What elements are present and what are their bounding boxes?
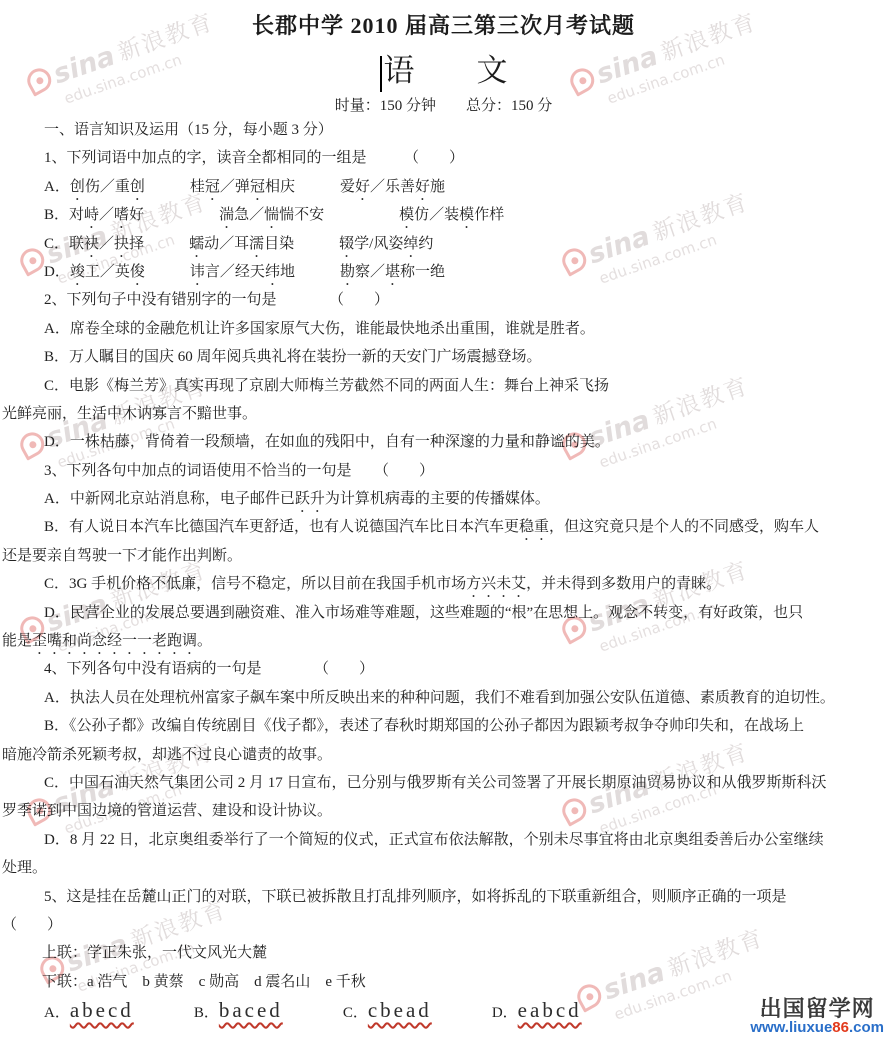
document-body: 一、语言知识及运用（15 分，每小题 3 分）1、下列词语中加点的字，读音全都相…	[0, 116, 887, 1025]
question-2-option-a: A．席卷全球的金融危机让许多国家原气大伤，谁能最快地杀出重围，谁就是胜者。	[0, 315, 887, 343]
answer-text: baced	[219, 998, 283, 1022]
dotted-text: 堪	[385, 264, 400, 280]
exam-paper-page: sina新浪教育edu.sina.com.cnsina新浪教育edu.sina.…	[0, 0, 887, 1037]
question-1-option-d: D．竣工／英俊 讳言／经天纬地 勘察／堪称一绝	[0, 258, 887, 286]
dotted-text: 嗜	[114, 207, 129, 223]
dotted-text: 好	[355, 179, 370, 195]
text-segment: 急／	[234, 207, 264, 223]
question-3: 3、下列各句中加点的词语使用不恰当的一句是 （ ）	[0, 457, 887, 485]
text-segment: C．中国石油天然气集团公司 2 月 17 日宣布，已分别与俄罗斯有关公司签署了开…	[44, 775, 827, 791]
text-segment: 光鲜亮丽，生活中木讷寡言不黯世事。	[2, 406, 257, 422]
question-5: 5、这是挂在岳麓山正门的对联，下联已被拆散且打乱排列顺序，如将拆乱的下联重新组合…	[0, 883, 887, 911]
dotted-text: 稳重	[519, 519, 549, 535]
text-segment: 好	[129, 207, 219, 223]
subject-line: 语 文	[0, 51, 887, 91]
text-segment: B．	[194, 1005, 219, 1021]
text-segment: D．	[44, 264, 70, 280]
text-segment: 工／英	[85, 264, 130, 280]
text-segment: B．万人瞩目的国庆 60 周年阅兵典礼将在装扮一新的天安门广场震撼登场。	[44, 349, 542, 365]
question-3-option-d: D．民营企业的发展总要遇到融资难、准入市场难等难题，这些难题的“根”在思想上。观…	[0, 599, 887, 627]
text-segment: 察／	[355, 264, 385, 280]
text-segment: 作样	[474, 207, 504, 223]
question-2: 2、下列句子中没有错别字的一句是 （ ）	[0, 286, 887, 314]
text-segment: 学/风姿	[354, 236, 403, 252]
text-segment: 2、下列句子中没有错别字的一句是	[44, 292, 277, 308]
text-segment: B．对	[44, 207, 84, 223]
text-segment: A．中新网北京站消息称，电子邮件已	[44, 491, 295, 507]
text-segment	[432, 1005, 492, 1021]
answer-text: abecd	[70, 998, 134, 1022]
section-1-heading: 一、语言知识及运用（15 分，每小题 3 分）	[0, 116, 887, 144]
question-1-option-a: A．创伤／重创 桂冠／弹冠相庆 爱好／乐善好施	[0, 173, 887, 201]
text-segment: 下联：a 浩气 b 黄蔡 c 勋高 d 震名山 e 千秋	[42, 974, 366, 990]
text-segment: 地	[280, 264, 340, 280]
text-segment: ，但这究竟只是个人的不同感受，购车人	[549, 519, 819, 535]
text-segment: 4、下列各句中没有语病的一句是	[44, 661, 262, 677]
question-1-option-c: C．联袂／抉择 蠕动／耳濡目染 辍学/风姿绰约	[0, 230, 887, 258]
dotted-text: 方兴未艾	[466, 576, 526, 592]
dotted-text: 勘	[340, 264, 355, 280]
text-segment: （ ）	[262, 661, 375, 677]
question-2-option-b: B．万人瞩目的国庆 60 周年阅兵典礼将在装扮一新的天安门广场震撼登场。	[0, 343, 887, 371]
question-5-lower-couplet: 下联：a 浩气 b 黄蔡 c 勋高 d 震名山 e 千秋	[0, 968, 887, 996]
dotted-text: 峙	[84, 207, 99, 223]
text-segment: 相庆 爱	[265, 179, 355, 195]
text-segment: 择	[129, 236, 189, 252]
dotted-text: 蠕	[189, 236, 204, 252]
text-segment: 暗施冷箭杀死颖考叔，却逃不过良心谴责的故事。	[2, 747, 332, 763]
text-segment: 能是	[2, 633, 32, 649]
text-segment: （ ）	[277, 292, 390, 308]
text-segment: A．席卷全球的金融危机让许多国家原气大伤，谁能最快地杀出重围，谁就是胜者。	[44, 321, 595, 337]
dotted-text: 歪嘴和尚念经一一老跑调	[32, 633, 197, 649]
dotted-text: 创	[130, 179, 145, 195]
text-segment	[145, 264, 190, 280]
liuxue86-site-url: www.liuxue86.com	[750, 1020, 884, 1036]
text-segment: 动／耳	[204, 236, 249, 252]
exam-title: 长郡中学 2010 届高三第三次月考试题	[0, 0, 887, 40]
text-segment: 一、语言知识及运用（15 分，每小题 3 分）	[44, 122, 333, 138]
dotted-text: 濡	[249, 236, 264, 252]
question-4-option-c-cont: 罗季诺到中国边境的管道运营、建设和设计协议。	[0, 797, 887, 825]
dotted-text: 模	[399, 207, 414, 223]
text-segment: A．执法人员在处理杭州富家子飙车案中所反映出来的种种问题，我们不难看到加强公安队…	[44, 690, 835, 706]
text-segment: ／	[99, 236, 114, 252]
text-segment: D．8 月 22 日，北京奥组委举行了一个简短的仪式，正式宣布依法解散，个别未尽…	[44, 832, 824, 848]
text-segment	[283, 1005, 343, 1021]
question-3-option-c: C．3G 手机价格不低廉，信号不稳定，所以目前在我国手机市场方兴未艾，并未得到多…	[0, 570, 887, 598]
question-4-option-b: B．《公孙子都》改编自传统剧目《伐子都》，表述了春秋时期郑国的公孙子都因为跟颖考…	[0, 712, 887, 740]
document-header: 长郡中学 2010 届高三第三次月考试题 语 文 时量：150 分钟 总分：15…	[0, 0, 887, 115]
question-2-option-c-cont: 光鲜亮丽，生活中木讷寡言不黯世事。	[0, 400, 887, 428]
text-segment: （ ）	[2, 917, 62, 933]
dotted-text: 冠	[250, 179, 265, 195]
text-segment: 罗季诺到中国边境的管道运营、建设和设计协议。	[2, 803, 332, 819]
text-segment: 。	[197, 633, 212, 649]
text-segment: 惴不安	[279, 207, 399, 223]
dotted-text: 纬	[265, 264, 280, 280]
text-segment: 称一绝	[400, 264, 445, 280]
question-4-option-d: D．8 月 22 日，北京奥组委举行了一个简短的仪式，正式宣布依法解散，个别未尽…	[0, 826, 887, 854]
text-segment: C．3G 手机价格不低廉，信号不稳定，所以目前在我国手机市场	[44, 576, 466, 592]
dotted-text: 创	[70, 179, 85, 195]
question-4-option-b-cont: 暗施冷箭杀死颖考叔，却逃不过良心谴责的故事。	[0, 741, 887, 769]
question-1-option-b: B．对峙／嗜好 湍急／惴惴不安 模仿／装模作样	[0, 201, 887, 229]
text-segment: D．	[492, 1005, 518, 1021]
question-4-option-a: A．执法人员在处理杭州富家子飙车案中所反映出来的种种问题，我们不难看到加强公安队…	[0, 684, 887, 712]
dotted-text: 辍	[339, 236, 354, 252]
text-segment: （ ）	[352, 463, 435, 479]
dotted-text: 模	[459, 207, 474, 223]
text-segment: 桂	[145, 179, 205, 195]
text-segment: 还是要亲自驾驶一下才能作出判断。	[2, 548, 242, 564]
text-segment: A．	[44, 179, 70, 195]
text-segment: 3、下列各句中加点的词语使用不恰当的一句是	[44, 463, 352, 479]
text-segment: 施	[430, 179, 445, 195]
dotted-text: 湍	[219, 207, 234, 223]
text-segment: ／	[99, 207, 114, 223]
answer-text: eabcd	[518, 998, 582, 1022]
text-segment: C．	[343, 1005, 368, 1021]
text-segment: C．电影《梅兰芳》真实再现了京剧大师梅兰芳截然不同的两面人生：舞台上神采飞扬	[44, 378, 609, 394]
liuxue86-logo: 出国留学网 www.liuxue86.com	[750, 997, 884, 1036]
text-cursor	[380, 56, 382, 92]
dotted-text: 竣	[70, 264, 85, 280]
text-segment: 处理。	[2, 860, 47, 876]
question-3-option-a: A．中新网北京站消息称，电子邮件已跃升为计算机病毒的主要的传播媒体。	[0, 485, 887, 513]
dotted-text: 跃升	[295, 491, 325, 507]
question-4: 4、下列各句中没有语病的一句是 （ ）	[0, 655, 887, 683]
text-segment: ，并未得到多数用户的青睐。	[526, 576, 721, 592]
answer-text: cbead	[368, 998, 432, 1022]
text-segment: 为计算机病毒的主要的传播媒体。	[325, 491, 550, 507]
question-5-brackets: （ ）	[0, 911, 887, 939]
dotted-text: 好	[415, 179, 430, 195]
text-segment: 仿／装	[414, 207, 459, 223]
question-3-option-d-cont: 能是歪嘴和尚念经一一老跑调。	[0, 627, 887, 655]
dotted-text: 袂	[84, 236, 99, 252]
question-1: 1、下列词语中加点的字，读音全都相同的一组是 （ ）	[0, 144, 887, 172]
duration-score-info: 时量：150 分钟 总分：150 分	[0, 94, 887, 115]
text-segment: 言／经天	[205, 264, 265, 280]
dotted-text: 抉	[114, 236, 129, 252]
text-segment: 约	[418, 236, 433, 252]
text-segment: 上联：学正朱张，一代文风光大麓	[42, 945, 267, 961]
text-segment: D．一株枯藤，背倚着一段颓墙，在如血的残阳中，自有一种深邃的力量和静谧的美。	[44, 434, 610, 450]
text-segment: 1、下列词语中加点的字，读音全都相同的一组是	[44, 150, 367, 166]
liuxue86-site-name: 出国留学网	[750, 997, 884, 1020]
question-4-option-c: C．中国石油天然气集团公司 2 月 17 日宣布，已分别与俄罗斯有关公司签署了开…	[0, 769, 887, 797]
question-3-option-b-cont: 还是要亲自驾驶一下才能作出判断。	[0, 542, 887, 570]
question-5-upper-couplet: 上联：学正朱张，一代文风光大麓	[0, 939, 887, 967]
text-segment: ／乐善	[370, 179, 415, 195]
text-segment	[134, 1005, 194, 1021]
text-segment: 伤／重	[85, 179, 130, 195]
text-segment: A．	[44, 1005, 70, 1021]
question-4-option-d-cont: 处理。	[0, 854, 887, 882]
text-segment: B．《公孙子都》改编自传统剧目《伐子都》，表述了春秋时期郑国的公孙子都因为跟颖考…	[44, 718, 804, 734]
text-segment: ／弹	[220, 179, 250, 195]
text-segment: （ ）	[367, 150, 465, 166]
question-3-option-b: B．有人说日本汽车比德国汽车更舒适，也有人说德国汽车比日本汽车更稳重，但这究竟只…	[0, 513, 887, 541]
dotted-text: 俊	[130, 264, 145, 280]
text-segment: B．有人说日本汽车比德国汽车更舒适，也有人说德国汽车比日本汽车更	[44, 519, 519, 535]
text-segment: D．民营企业的发展总要遇到融资难、准入市场难等难题，这些难题的“根”在思想上。观…	[44, 605, 803, 621]
question-2-option-d: D．一株枯藤，背倚着一段颓墙，在如血的残阳中，自有一种深邃的力量和静谧的美。	[0, 428, 887, 456]
dotted-text: 惴	[264, 207, 279, 223]
text-segment: 目染	[264, 236, 339, 252]
dotted-text: 讳	[190, 264, 205, 280]
dotted-text: 冠	[205, 179, 220, 195]
question-2-option-c: C．电影《梅兰芳》真实再现了京剧大师梅兰芳截然不同的两面人生：舞台上神采飞扬	[0, 372, 887, 400]
subject-title: 语 文	[384, 53, 508, 88]
text-segment: 5、这是挂在岳麓山正门的对联，下联已被拆散且打乱排列顺序，如将拆乱的下联重新组合…	[44, 889, 787, 905]
dotted-text: 绰	[403, 236, 418, 252]
text-segment: C．联	[44, 236, 84, 252]
